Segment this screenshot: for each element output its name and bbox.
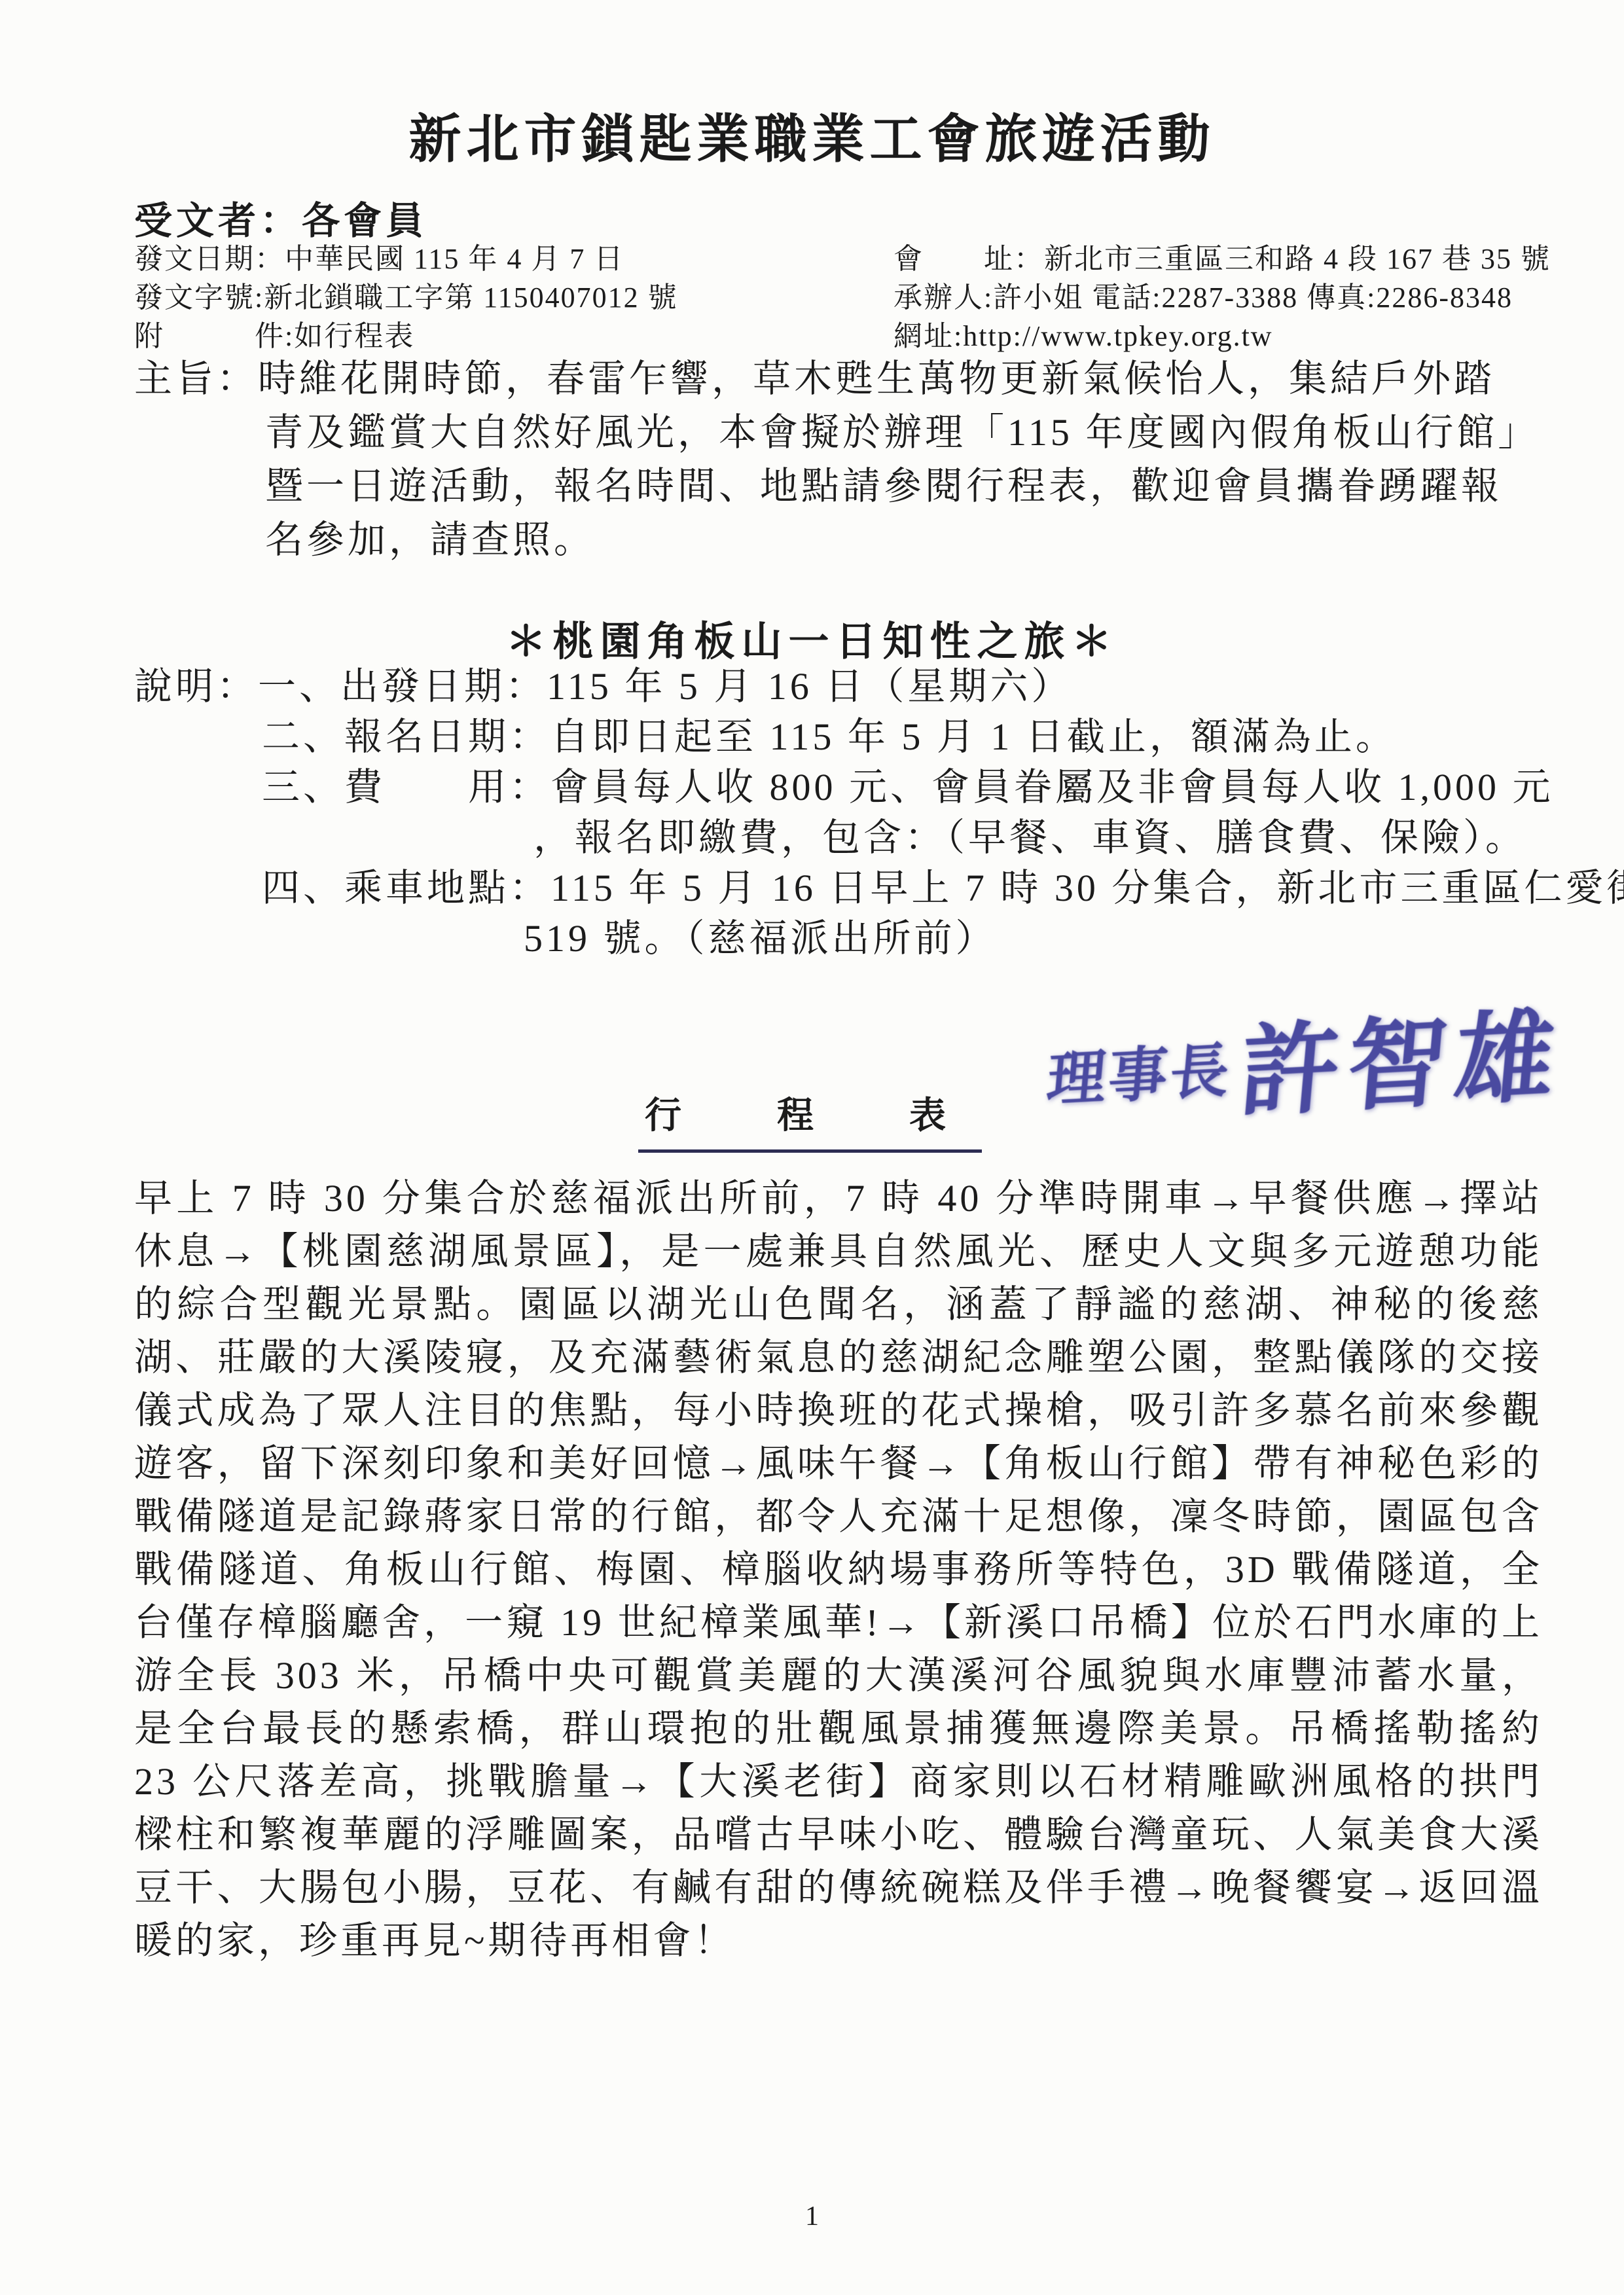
subject-block: 主旨：時維花開時節，春雷乍響，草木甦生萬物更新氣候怡人，集結戶外踏 青及鑑賞大自…: [134, 352, 1539, 567]
explanation-item-registration: 二、報名日期：自即日起至 115 年 5 月 1 日截止，額滿為止。: [134, 712, 1624, 762]
page-number: 1: [0, 2201, 1624, 2232]
explanation-item-departure: 說明：一、出發日期：115 年 5 月 16 日（星期六）: [134, 661, 1624, 712]
chairman-signature: 理事長 許智雄: [1041, 976, 1569, 1147]
explanation-item-fee-cont: ，報名即繳費，包含：（早餐、車資、膳食費、保險）。: [134, 812, 1624, 863]
itinerary-heading: 行 程 表: [638, 1087, 982, 1153]
recipient-line: 受文者：各會員: [134, 190, 427, 245]
subject-line: 青及鑑賞大自然好風光，本會擬於辦理「115 年度國內假角板山行館」: [134, 406, 1539, 460]
subject-line: 名參加，請查照。: [134, 513, 1539, 567]
issue-number-line: 發文字號:新北鎖職工字第 1150407012 號: [134, 278, 678, 317]
contact-meta-block: 會 址：新北市三重區三和路 4 段 167 巷 35 號 承辦人:許小姐 電話:…: [893, 240, 1551, 355]
itinerary-paragraph: 早上 7 時 30 分集合於慈福派出所前，7 時 40 分準時開車→早餐供應→擇…: [134, 1172, 1543, 1967]
website-line: 網址:http://www.tpkey.org.tw: [893, 317, 1551, 355]
explanation-item-boarding-cont: 519 號。（慈福派出所前）: [134, 913, 1624, 964]
scanned-document-page: 新北市鎖匙業職業工會旅遊活動 受文者：各會員 發文日期：中華民國 115 年 4…: [0, 0, 1624, 2295]
attachment-line: 附 件:如行程表: [134, 317, 678, 355]
explanation-block: 說明：一、出發日期：115 年 5 月 16 日（星期六） 二、報名日期：自即日…: [134, 661, 1624, 964]
chairman-name-handwriting: 許智雄: [1235, 976, 1570, 1136]
subject-line: 主旨：時維花開時節，春雷乍響，草木甦生萬物更新氣候怡人，集結戶外踏: [134, 352, 1539, 406]
office-address-line: 會 址：新北市三重區三和路 4 段 167 巷 35 號: [893, 240, 1551, 278]
explanation-item-boarding: 四、乘車地點：115 年 5 月 16 日早上 7 時 30 分集合，新北市三重…: [134, 863, 1624, 913]
chairman-title: 理事長: [1044, 1022, 1236, 1117]
explanation-item-fee: 三、費 用：會員每人收 800 元、會員眷屬及非會員每人收 1,000 元: [134, 762, 1624, 812]
contact-person-line: 承辦人:許小姐 電話:2287-3388 傳真:2286-8348: [893, 278, 1551, 317]
document-title: 新北市鎖匙業職業工會旅遊活動: [0, 97, 1624, 172]
subject-line: 暨一日遊活動，報名時間、地點請參閱行程表，歡迎會員攜眷踴躍報: [134, 460, 1539, 513]
trip-title: ＊桃園角板山一日知性之旅＊: [0, 609, 1624, 667]
issue-meta-block: 發文日期：中華民國 115 年 4 月 7 日 發文字號:新北鎖職工字第 115…: [134, 240, 678, 355]
issue-date-line: 發文日期：中華民國 115 年 4 月 7 日: [134, 240, 678, 278]
